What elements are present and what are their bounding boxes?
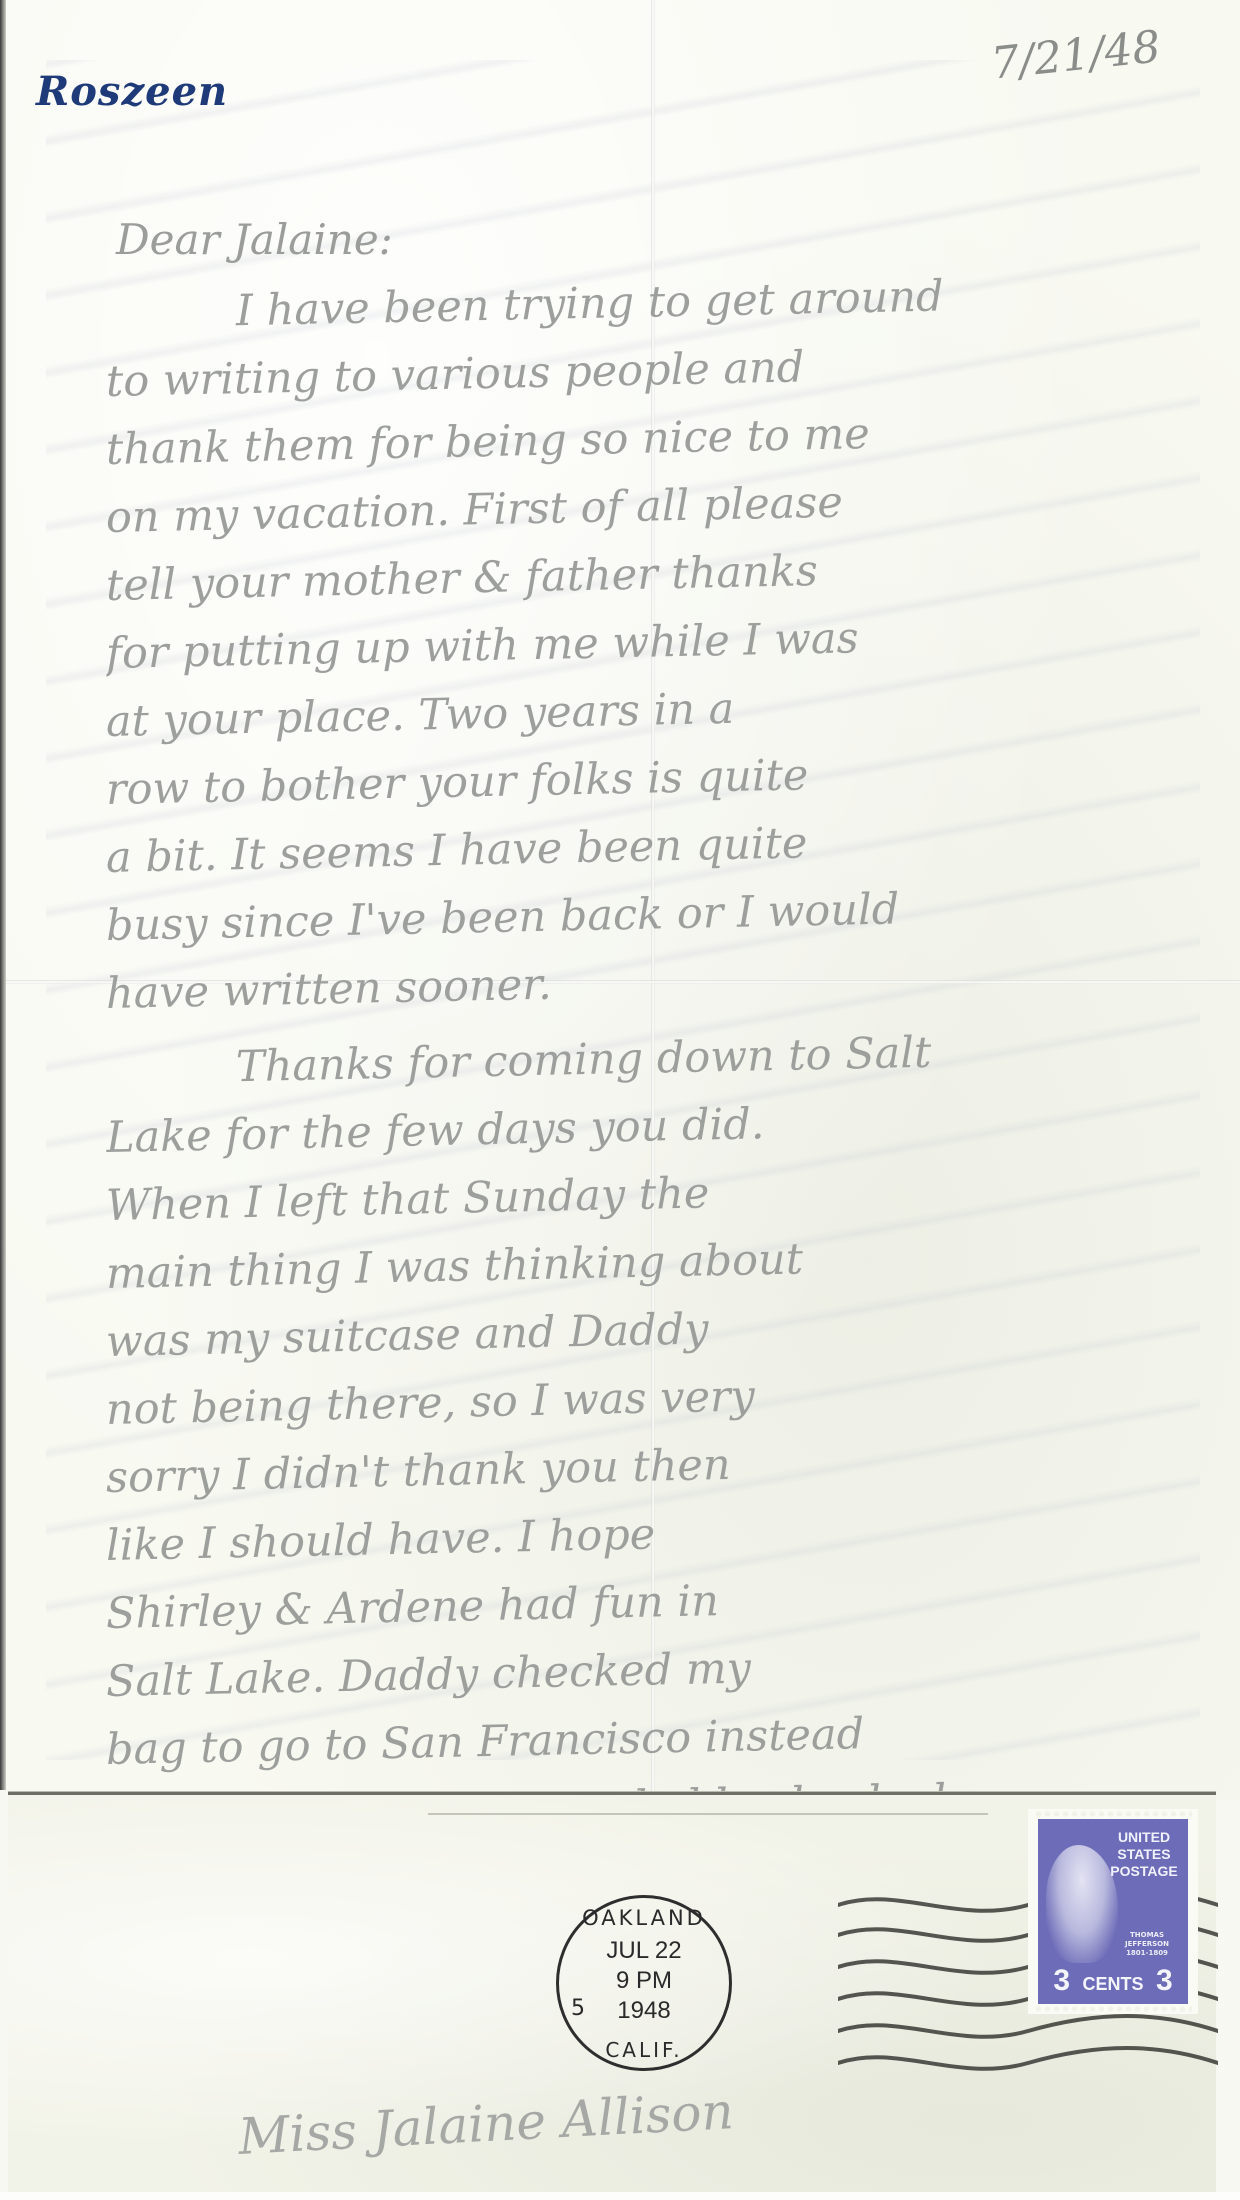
stamp-sitter: THOMAS JEFFERSON 1801-1809 xyxy=(1112,1931,1182,1958)
postmark-time: 9 PM xyxy=(559,1966,729,1996)
envelope: OAKLAND JUL 22 9 PM 1948 5 CALIF. UNITED… xyxy=(8,1792,1216,2200)
stamp-face: UNITED STATES POSTAGE THOMAS JEFFERSON 1… xyxy=(1038,1819,1188,2004)
scan-bottom-margin xyxy=(0,2192,1240,2200)
letter-body: I have been trying to get aroundto writi… xyxy=(106,280,1236,1920)
stamp-perforation xyxy=(1034,1811,1192,1817)
stamp-denom-right: 3 xyxy=(1156,1964,1173,1997)
stamp-country-line: UNITED xyxy=(1108,1829,1180,1846)
stamp-denom-unit: CENTS xyxy=(1082,1974,1143,1994)
stamp-country-line: STATES xyxy=(1108,1846,1180,1863)
letterhead-logo: Roszeen xyxy=(36,68,228,115)
envelope-flap-edge xyxy=(428,1813,988,1815)
postmark-state: CALIF. xyxy=(559,2038,729,2062)
addressee-name: Miss Jalaine Allison xyxy=(237,2082,735,2166)
stamp-denomination: 3 CENTS 3 xyxy=(1038,1964,1188,1998)
letterhead-text: Roszeen xyxy=(36,68,228,115)
postmark: OAKLAND JUL 22 9 PM 1948 5 CALIF. xyxy=(556,1895,732,2071)
stamp-country: UNITED STATES POSTAGE xyxy=(1108,1829,1180,1880)
postmark-date: JUL 22 xyxy=(559,1936,729,1966)
letter-sheet: Roszeen 7/21/48 Dear Jalaine: I have bee… xyxy=(6,0,1240,1800)
letter-date: 7/21/48 xyxy=(989,21,1163,89)
stamp-denom-left: 3 xyxy=(1053,1964,1070,1997)
stamp-sitter-name: THOMAS JEFFERSON xyxy=(1112,1931,1182,1949)
salutation: Dear Jalaine: xyxy=(116,215,393,264)
postmark-station: 5 xyxy=(571,1996,585,2021)
postage-stamp: UNITED STATES POSTAGE THOMAS JEFFERSON 1… xyxy=(1028,1809,1198,2014)
stamp-perforation xyxy=(1034,2006,1192,2012)
postmark-city: OAKLAND xyxy=(559,1906,729,1930)
stamp-country-line: POSTAGE xyxy=(1108,1863,1180,1880)
stamp-sitter-years: 1801-1809 xyxy=(1112,1949,1182,1958)
